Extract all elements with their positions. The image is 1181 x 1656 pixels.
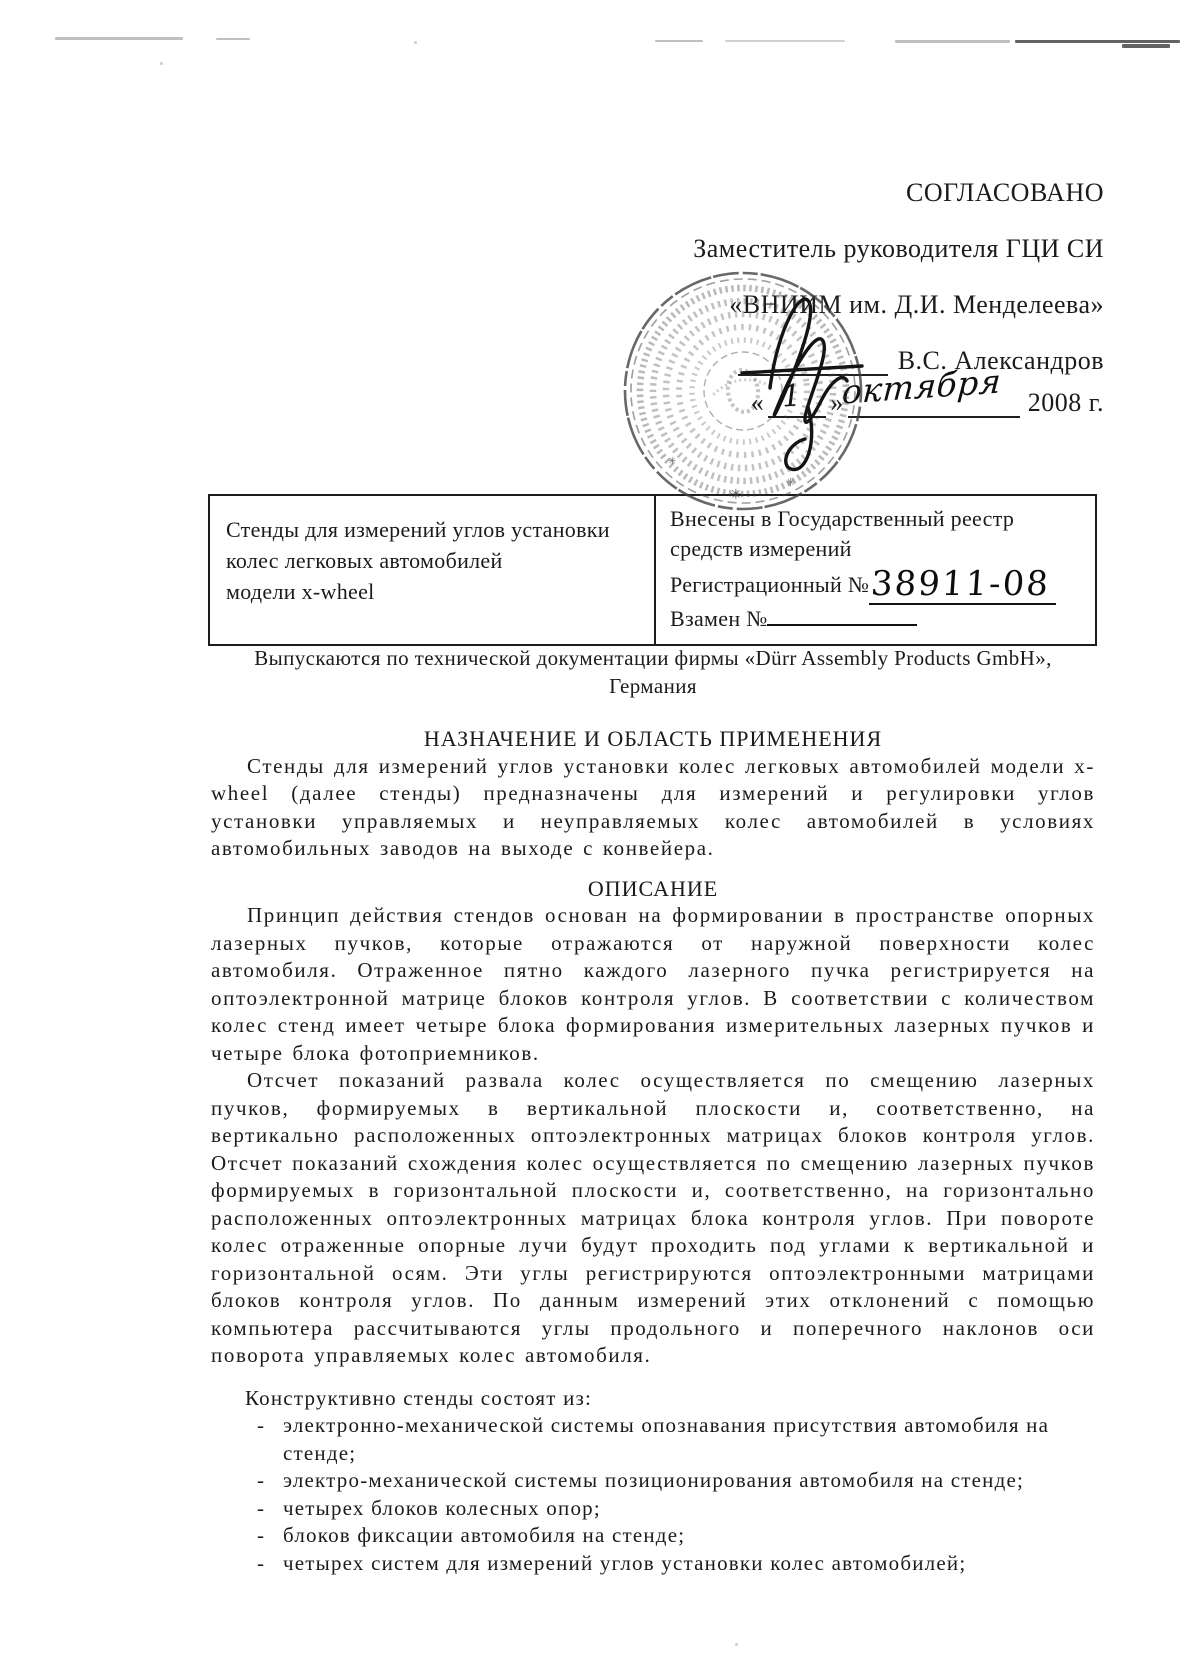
device-name-line: Стенды для измерений углов установки: [226, 514, 644, 545]
description-section-heading: ОПИСАНИЕ: [211, 875, 1095, 903]
scan-artifact: [414, 41, 417, 44]
approval-role-line: Заместитель руководителя ГЦИ СИ: [624, 234, 1104, 264]
list-item-text: четырех блоков колесных опор;: [283, 1496, 601, 1520]
list-marker: -: [257, 1467, 265, 1495]
approval-title: СОГЛАСОВАНО: [624, 178, 1104, 208]
device-name-line: модели x-wheel: [226, 576, 644, 607]
list-item: -электронно-механической системы опознав…: [211, 1412, 1095, 1467]
device-name-line: колес легковых автомобилей: [226, 545, 644, 576]
scan-artifact: [216, 38, 250, 40]
registration-number-underline: 38911-08: [869, 569, 1056, 605]
registry-entry-cell: Внесены в Государственный реестр средств…: [654, 496, 1095, 644]
scan-artifact: [735, 1643, 738, 1646]
issued-by-country: Германия: [211, 673, 1095, 701]
issued-by-line: Выпускаются по технической документации …: [211, 645, 1095, 673]
list-item: -электро-механической системы позиционир…: [211, 1467, 1095, 1495]
replaced-number-blank-underline: [767, 604, 917, 626]
description-paragraph-1: Принцип действия стендов основан на форм…: [211, 902, 1095, 1067]
scan-artifact: [1015, 40, 1180, 43]
device-name-cell: Стенды для измерений углов установки кол…: [210, 496, 654, 644]
registry-line: средств измерений: [670, 534, 1085, 564]
replaced-number-line: Взамен №: [670, 604, 1085, 634]
scan-artifact: [55, 37, 183, 40]
registration-number-handwritten: 38911-08: [870, 569, 1051, 599]
list-item: -блоков фиксации автомобиля на стенде;: [211, 1522, 1095, 1550]
scan-artifact: [895, 40, 1010, 43]
scan-artifact: [160, 62, 163, 65]
list-item-text: блоков фиксации автомобиля на стенде;: [283, 1523, 685, 1547]
list-item: -четырех систем для измерений углов уста…: [211, 1550, 1095, 1578]
document-body: Выпускаются по технической документации …: [211, 645, 1095, 1577]
purpose-section-heading: НАЗНАЧЕНИЕ И ОБЛАСТЬ ПРИМЕНЕНИЯ: [211, 725, 1095, 753]
scan-artifact: [655, 40, 703, 42]
date-year: 2008 г.: [1028, 388, 1104, 418]
purpose-paragraph: Стенды для измерений углов установки кол…: [211, 753, 1095, 863]
description-paragraph-2: Отсчет показаний развала колес осуществл…: [211, 1067, 1095, 1370]
list-marker: -: [257, 1522, 265, 1550]
construction-list: -электронно-механической системы опознав…: [211, 1412, 1095, 1577]
signature-scribble: [712, 276, 952, 491]
registration-number-line: Регистрационный №38911-08: [670, 566, 1085, 602]
list-marker: -: [257, 1495, 265, 1523]
stamp-star-icon: ✳: [668, 456, 676, 467]
scanned-document-page: { "page": { "approval": { "title": "СОГЛ…: [0, 0, 1181, 1656]
list-item: -четырех блоков колесных опор;: [211, 1495, 1095, 1523]
list-marker: -: [257, 1550, 265, 1578]
scan-artifact: [725, 40, 845, 42]
registration-number-label: Регистрационный №: [670, 572, 869, 597]
registration-table: Стенды для измерений углов установки кол…: [208, 494, 1097, 646]
list-item-text: электро-механической системы позициониро…: [283, 1468, 1024, 1492]
scan-artifact: [1122, 44, 1170, 48]
replaced-number-label: Взамен №: [670, 606, 767, 631]
construction-intro: Конструктивно стенды состоят из:: [211, 1385, 1095, 1413]
list-item-text: четырех систем для измерений углов устан…: [283, 1551, 966, 1575]
list-marker: -: [257, 1412, 265, 1440]
list-item-text: электронно-механической системы опознава…: [283, 1413, 1049, 1465]
